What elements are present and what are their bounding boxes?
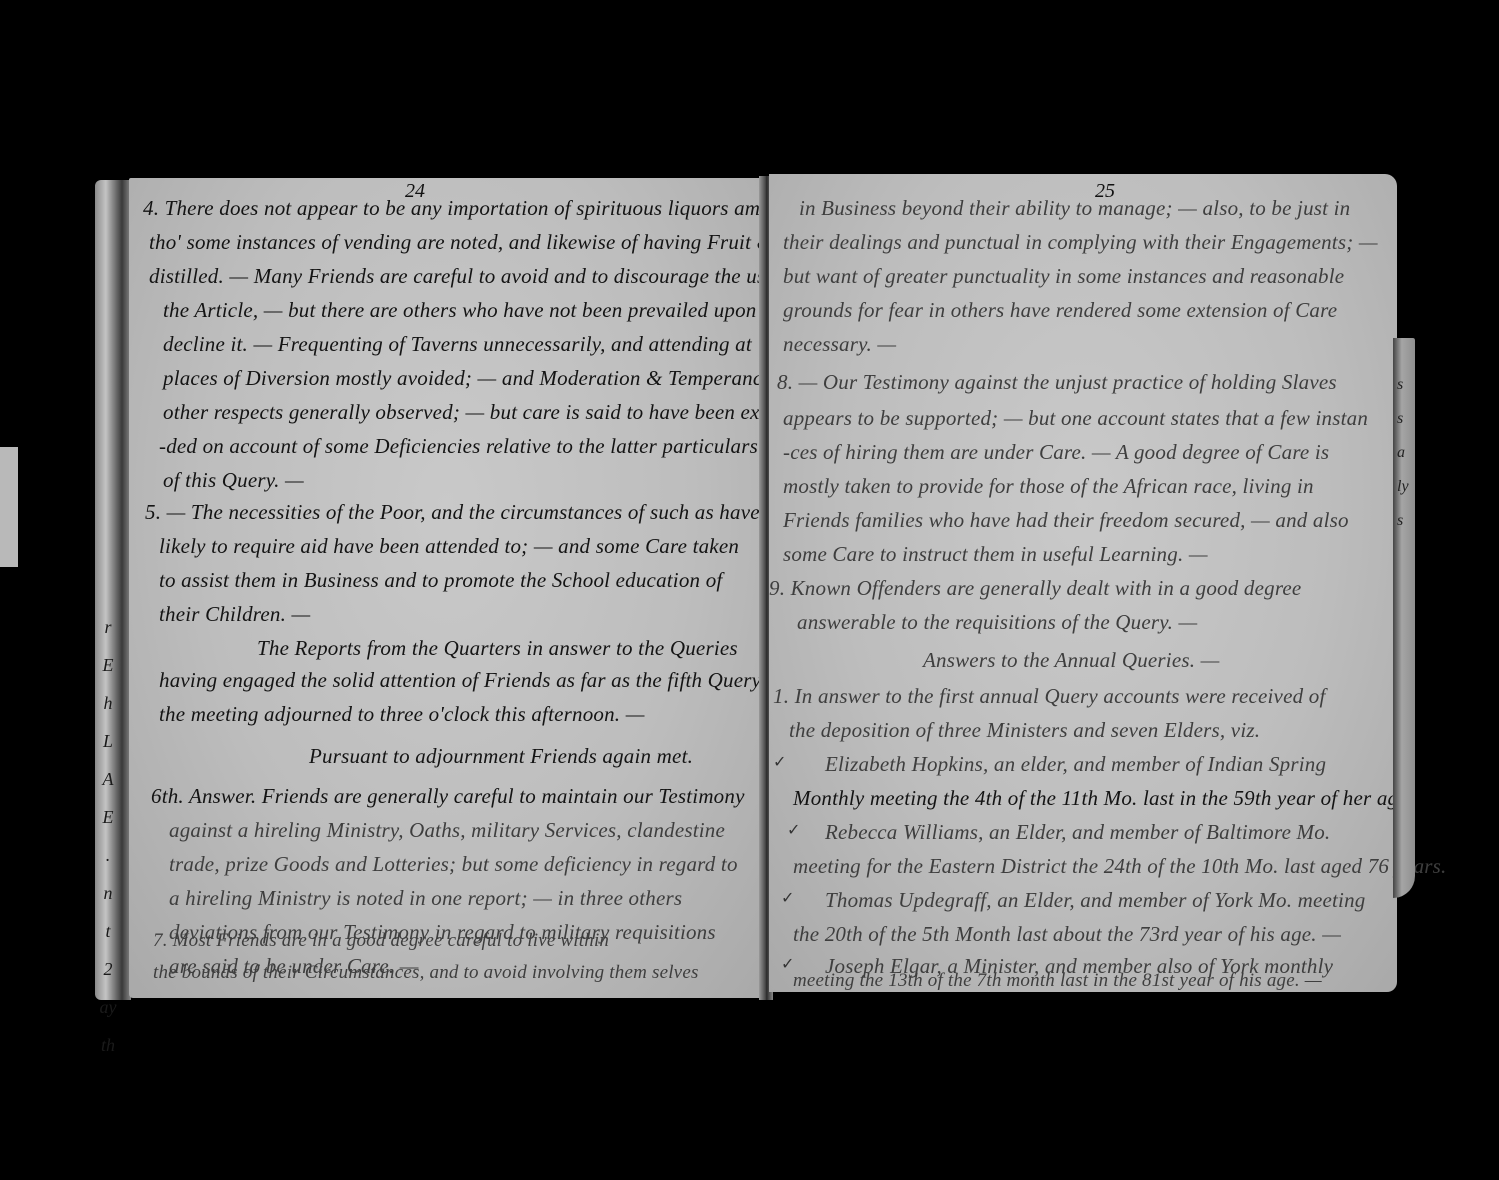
checkmark-icon: ✓ — [773, 752, 786, 771]
text-line: distilled. — Many Friends are careful to… — [149, 264, 797, 289]
text-line: 8. — Our Testimony against the unjust pr… — [777, 370, 1337, 395]
text-line: against a hireling Ministry, Oaths, mili… — [169, 818, 725, 843]
text-line: Elizabeth Hopkins, an elder, and member … — [825, 752, 1326, 777]
text-line: a hireling Ministry is noted in one repo… — [169, 886, 682, 911]
checkmark-icon: ✓ — [787, 820, 800, 839]
text-line: deviations from our Testimony in regard … — [169, 920, 716, 945]
text-line: some Care to instruct them in useful Lea… — [783, 542, 1208, 567]
text-line: Thomas Updegraff, an Elder, and member o… — [825, 888, 1365, 913]
text-line: tho' some instances of vending are noted… — [149, 230, 830, 255]
text-line: meeting for the Eastern District the 24t… — [793, 854, 1447, 879]
text-line: The Reports from the Quarters in answer … — [257, 636, 738, 661]
text-line: Joseph Elgar, a Minister, and member als… — [825, 954, 1333, 979]
open-book: r E h L A E . n t 2 ay th 24 4. There do… — [95, 168, 1415, 1018]
text-line: trade, prize Goods and Lotteries; but so… — [169, 852, 738, 877]
text-line: Rebecca Williams, an Elder, and member o… — [825, 820, 1330, 845]
text-line: the meeting adjourned to three o'clock t… — [159, 702, 645, 727]
text-line: appears to be supported; — but one accou… — [783, 406, 1368, 431]
text-line: other respects generally observed; — but… — [163, 400, 786, 425]
text-line: grounds for fear in others have rendered… — [783, 298, 1337, 323]
text-line: -ded on account of some Deficiencies rel… — [159, 434, 758, 459]
right-edge-text: s s a ly s — [1397, 368, 1413, 538]
left-page: 24 4. There does not appear to be any im… — [129, 178, 765, 998]
left-edge-text: r E h L A E . n t 2 ay th — [97, 608, 119, 1064]
text-line: mostly taken to provide for those of the… — [783, 474, 1314, 499]
text-line: Friends families who have had their free… — [783, 508, 1349, 533]
text-line: 1. In answer to the first annual Query a… — [773, 684, 1325, 709]
right-page: 25 in Business beyond their ability to m… — [769, 174, 1397, 992]
text-line: their dealings and punctual in complying… — [783, 230, 1378, 255]
text-line: having engaged the solid attention of Fr… — [159, 668, 761, 693]
checkmark-icon: ✓ — [781, 954, 794, 973]
text-line: 9. Known Offenders are generally dealt w… — [769, 576, 1301, 601]
text-line: decline it. — Frequenting of Taverns unn… — [163, 332, 752, 357]
text-line: to assist them in Business and to promot… — [159, 568, 722, 593]
text-line: the deposition of three Ministers and se… — [789, 718, 1260, 743]
text-line: likely to require aid have been attended… — [159, 534, 739, 559]
text-line: Pursuant to adjournment Friends again me… — [309, 744, 693, 769]
text-line: the 20th of the 5th Month last about the… — [793, 922, 1341, 947]
text-line: 6th. Answer. Friends are generally caref… — [151, 784, 745, 809]
text-line: necessary. — — [783, 332, 896, 357]
section-heading: Answers to the Annual Queries. — — [923, 648, 1220, 673]
checkmark-icon: ✓ — [781, 888, 794, 907]
text-line: are said to be under Care. — — [169, 954, 419, 979]
text-line: the Article, — but there are others who … — [163, 298, 779, 323]
text-line: answerable to the requisitions of the Qu… — [797, 610, 1197, 635]
text-line: 5. — The necessities of the Poor, and th… — [145, 500, 845, 525]
text-line: places of Diversion mostly avoided; — an… — [163, 366, 794, 391]
paper-scrap — [0, 447, 18, 567]
text-line: of this Query. — — [163, 468, 304, 493]
text-line: Monthly meeting the 4th of the 11th Mo. … — [793, 786, 1413, 811]
text-line: in Business beyond their ability to mana… — [799, 196, 1350, 221]
text-line: but want of greater punctuality in some … — [783, 264, 1344, 289]
text-line: their Children. — — [159, 602, 310, 627]
text-line: 4. There does not appear to be any impor… — [143, 196, 824, 221]
text-line: -ces of hiring them are under Care. — A … — [783, 440, 1329, 465]
